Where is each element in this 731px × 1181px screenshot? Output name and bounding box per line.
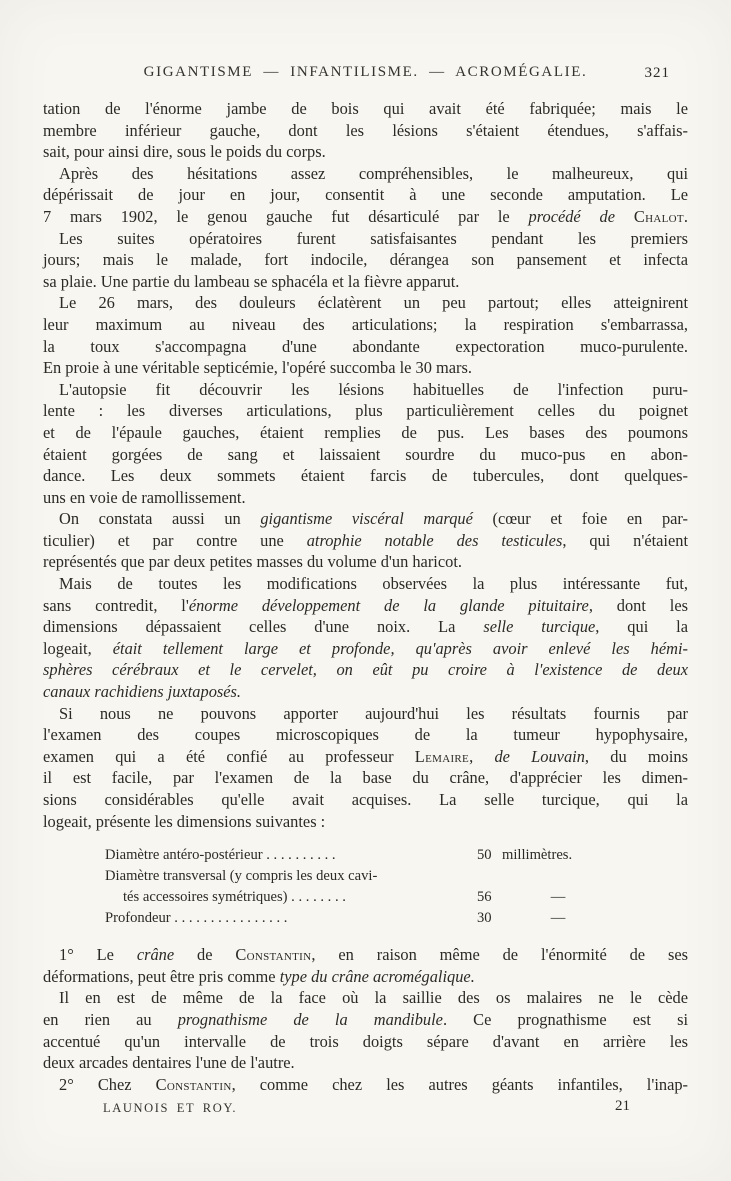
row-value: 50 [477, 845, 492, 866]
text-line: lente : les diverses articulations, plus… [43, 400, 688, 422]
text-line: sans contredit, l'énorme développement d… [43, 595, 688, 617]
text-segment: type du crâne acromégalique. [280, 967, 475, 986]
chapter-title: GIGANTISME — INFANTILISME. — ACROMÉGALIE… [43, 64, 688, 81]
text-segment: accentué qu'un intervalle de trois doigt… [43, 1032, 688, 1051]
text-line: accentué qu'un intervalle de trois doigt… [43, 1031, 688, 1053]
paragraph: On constata aussi un gigantisme viscéral… [43, 508, 688, 573]
text-line: L'autopsie fit découvrir les lésions hab… [43, 379, 688, 401]
row-unit: millimètres. [502, 845, 614, 866]
text-line: canaux rachidiens juxtaposés. [43, 681, 688, 703]
paragraph: Le 26 mars, des douleurs éclatèrent un p… [43, 292, 688, 378]
text-segment: leur maximum au niveau des articulations… [43, 315, 688, 334]
text-line: en rien au prognathisme de la mandibule.… [43, 1009, 688, 1031]
text-segment: sans contredit, l' [43, 596, 189, 615]
text-segment: sa plaie. Une partie du lambeau se sphac… [43, 272, 459, 291]
text-segment: logeait, [43, 639, 113, 658]
text-line: dépérissait de jour en jour, consentit à… [43, 184, 688, 206]
row-value: 56 [477, 887, 492, 908]
text-segment: membre inférieur gauche, dont les lésion… [43, 121, 688, 140]
text-line: uns en voie de ramollissement. [43, 487, 688, 509]
text-segment: sphères cérébraux et le cervelet, on eût… [43, 660, 688, 679]
text-line: 7 mars 1902, le genou gauche fut désarti… [43, 206, 688, 228]
text-line: logeait, était tellement large et profon… [43, 638, 688, 660]
text-line: représentés que par deux petites masses … [43, 551, 688, 573]
text-line: il est facile, par l'examen de la base d… [43, 767, 688, 789]
paragraph: L'autopsie fit découvrir les lésions hab… [43, 379, 688, 509]
text-line: deux arcades dentaires l'une de l'autre. [43, 1052, 688, 1074]
text-line: Après des hésitations assez compréhensib… [43, 163, 688, 185]
text-segment: , en raison même de l'énormité de ses [311, 945, 688, 964]
text-line: Mais de toutes les modifications observé… [43, 573, 688, 595]
table-row: Diamètre transversal (y compris les deux… [105, 866, 625, 887]
row-label: Profondeur . . . . . . . . . . . . . . .… [105, 910, 287, 926]
paragraph: Mais de toutes les modifications observé… [43, 573, 688, 703]
paragraph: 1° Le crâne de Constantin, en raison mêm… [43, 944, 688, 987]
text-line: dance. Les deux sommets étaient farcis d… [43, 465, 688, 487]
text-segment [615, 207, 634, 226]
text-segment: ticulier) et par contre une [43, 531, 307, 550]
text-line: Si nous ne pouvons apporter aujourd'hui … [43, 703, 688, 725]
text-segment: selle turcique [483, 617, 595, 636]
text-segment: sions considérables qu'elle avait acquis… [43, 790, 688, 809]
paragraph: Les suites opératoires furent satisfaisa… [43, 228, 688, 293]
text-segment: L'autopsie fit découvrir les lésions hab… [59, 380, 688, 399]
text-line: logeait, présente les dimensions suivant… [43, 811, 688, 833]
text-segment: procédé de [529, 207, 616, 226]
text-segment: crâne [137, 945, 174, 964]
text-segment: de Louvain [494, 747, 584, 766]
measurements-table: Diamètre antéro-postérieur . . . . . . .… [105, 845, 625, 929]
text-segment: tation de l'énorme jambe de bois qui ava… [43, 99, 688, 118]
text-segment: de [174, 945, 235, 964]
row-unit: — [502, 908, 614, 929]
paragraph: tation de l'énorme jambe de bois qui ava… [43, 98, 688, 163]
text-segment: énorme développement de la glande pituit… [189, 596, 589, 615]
running-header: GIGANTISME — INFANTILISME. — ACROMÉGALIE… [43, 64, 688, 86]
text-segment: logeait, présente les dimensions suivant… [43, 812, 325, 831]
text-segment: lente : les diverses articulations, plus… [43, 401, 688, 420]
text-segment: 2° Chez [59, 1075, 156, 1094]
text-line: membre inférieur gauche, dont les lésion… [43, 120, 688, 142]
text-line: sait, pour ainsi dire, sous le poids du … [43, 141, 688, 163]
text-segment: atrophie notable des testicules [307, 531, 563, 550]
row-label: Diamètre transversal (y compris les deux… [105, 868, 377, 884]
text-segment: , qui la [595, 617, 688, 636]
text-segment: canaux rachidiens juxtaposés. [43, 682, 241, 701]
page-number: 321 [645, 65, 671, 82]
text-segment: la toux s'accompagna d'une abondante exp… [43, 337, 688, 356]
text-segment: , dont les [589, 596, 688, 615]
text-segment: uns en voie de ramollissement. [43, 488, 246, 507]
footer-sheet-number: 21 [615, 1098, 630, 1115]
text-segment: . [684, 207, 688, 226]
text-line: Les suites opératoires furent satisfaisa… [43, 228, 688, 250]
text-segment: il est facile, par l'examen de la base d… [43, 768, 688, 787]
text-segment: Il en est de même de la face où la saill… [59, 988, 688, 1007]
text-segment: Si nous ne pouvons apporter aujourd'hui … [59, 704, 688, 723]
text-segment: 1° Le [59, 945, 137, 964]
text-segment: l'examen des coupes microscopiques de la… [43, 725, 688, 744]
row-unit: — [502, 887, 614, 908]
text-segment: (cœur et foie en par- [473, 509, 688, 528]
text-segment: En proie à une véritable septicémie, l'o… [43, 358, 472, 377]
text-segment: sait, pour ainsi dire, sous le poids du … [43, 142, 326, 161]
paragraph: Après des hésitations assez compréhensib… [43, 163, 688, 228]
text-segment: prognathisme de la mandibule [178, 1010, 443, 1029]
text-line: 2° Chez Constantin, comme chez les autre… [43, 1074, 688, 1096]
text-line: tation de l'énorme jambe de bois qui ava… [43, 98, 688, 120]
text-segment: examen qui a été confié au professeur [43, 747, 415, 766]
text-segment: Après des hésitations assez compréhensib… [59, 164, 688, 183]
paragraph: Si nous ne pouvons apporter aujourd'hui … [43, 703, 688, 833]
text-segment: Le 26 mars, des douleurs éclatèrent un p… [59, 293, 688, 312]
paragraph: Il en est de même de la face où la saill… [43, 987, 688, 1073]
text-line: examen qui a été confié au professeur Le… [43, 746, 688, 768]
text-line: 1° Le crâne de Constantin, en raison mêm… [43, 944, 688, 966]
text-segment: deux arcades dentaires l'une de l'autre. [43, 1053, 295, 1072]
text-segment: , du moins [585, 747, 688, 766]
text-segment: dimensions dépassaient celles d'une noix… [43, 617, 483, 636]
footer-signature: LAUNOIS ET ROY. [103, 1101, 237, 1116]
text-segment: dance. Les deux sommets étaient farcis d… [43, 466, 688, 485]
text-segment: , [469, 747, 494, 766]
text-line: l'examen des coupes microscopiques de la… [43, 724, 688, 746]
text-line: Il en est de même de la face où la saill… [43, 987, 688, 1009]
text-segment: . Ce prognathisme est si [443, 1010, 688, 1029]
row-value: 30 [477, 908, 492, 929]
table-row: Diamètre antéro-postérieur . . . . . . .… [105, 845, 625, 866]
text-line: sa plaie. Une partie du lambeau se sphac… [43, 271, 688, 293]
text-line: ticulier) et par contre une atrophie not… [43, 530, 688, 552]
text-segment: On constata aussi un [59, 509, 260, 528]
page-footer: LAUNOIS ET ROY. 21 [43, 1098, 688, 1120]
text-segment: , comme chez les autres géants infantile… [232, 1075, 688, 1094]
text-segment: Mais de toutes les modifications observé… [59, 574, 688, 593]
text-segment: en rien au [43, 1010, 178, 1029]
text-segment: déformations, peut être pris comme [43, 967, 280, 986]
text-segment: gigantisme viscéral marqué [260, 509, 473, 528]
text-line: sphères cérébraux et le cervelet, on eût… [43, 659, 688, 681]
text-segment: Constantin [235, 945, 311, 964]
text-line: sions considérables qu'elle avait acquis… [43, 789, 688, 811]
text-line: dimensions dépassaient celles d'une noix… [43, 616, 688, 638]
text-line: On constata aussi un gigantisme viscéral… [43, 508, 688, 530]
text-line: et de l'épaule gauches, étaient remplies… [43, 422, 688, 444]
row-label: tés accessoires symétriques) . . . . . .… [123, 889, 346, 905]
text-segment: , qui n'étaient [562, 531, 688, 550]
text-segment: Lemaire [415, 747, 469, 766]
text-line: jours; mais le malade, fort indocile, dé… [43, 249, 688, 271]
text-line: la toux s'accompagna d'une abondante exp… [43, 336, 688, 358]
row-label: Diamètre antéro-postérieur . . . . . . .… [105, 847, 336, 863]
text-segment: étaient gorgées de sang et laissaient so… [43, 445, 688, 464]
text-line: En proie à une véritable septicémie, l'o… [43, 357, 688, 379]
text-segment: dépérissait de jour en jour, consentit à… [43, 185, 688, 204]
table-row: Profondeur . . . . . . . . . . . . . . .… [105, 908, 625, 929]
text-segment: jours; mais le malade, fort indocile, dé… [43, 250, 688, 269]
text-line: étaient gorgées de sang et laissaient so… [43, 444, 688, 466]
text-segment: Constantin [156, 1075, 232, 1094]
text-segment: était tellement large et profonde, qu'ap… [113, 639, 688, 658]
text-line: leur maximum au niveau des articulations… [43, 314, 688, 336]
text-segment: représentés que par deux petites masses … [43, 552, 462, 571]
text-line: Le 26 mars, des douleurs éclatèrent un p… [43, 292, 688, 314]
body-text: tation de l'énorme jambe de bois qui ava… [43, 98, 688, 1095]
text-segment: Chalot [634, 207, 684, 226]
text-line: déformations, peut être pris comme type … [43, 966, 688, 988]
text-segment: Les suites opératoires furent satisfaisa… [59, 229, 688, 248]
paragraph: 2° Chez Constantin, comme chez les autre… [43, 1074, 688, 1096]
table-row: tés accessoires symétriques) . . . . . .… [105, 887, 625, 908]
text-segment: 7 mars 1902, le genou gauche fut désarti… [43, 207, 529, 226]
text-segment: et de l'épaule gauches, étaient remplies… [43, 423, 688, 442]
book-page: GIGANTISME — INFANTILISME. — ACROMÉGALIE… [0, 0, 731, 1181]
